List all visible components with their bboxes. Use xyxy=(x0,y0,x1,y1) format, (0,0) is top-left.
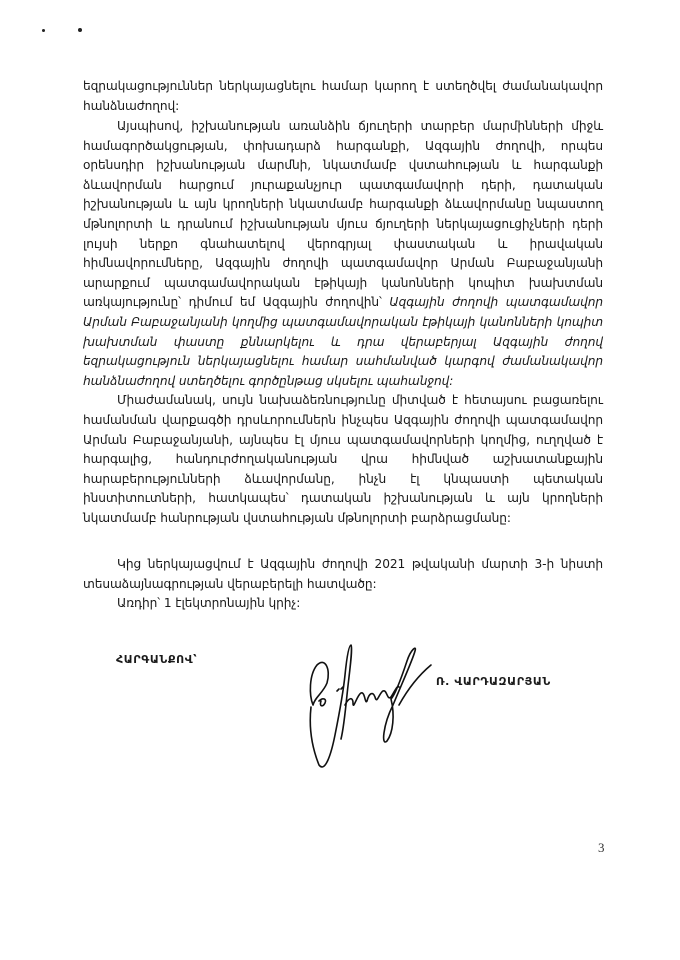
signatory-name: Ռ. ՎԱՐԴԱԶԱՐՅԱՆ xyxy=(436,675,551,688)
paragraph-2: Միաժամանակ, սույն նախաձեռնությունը միտվա… xyxy=(83,391,603,528)
closing-salutation: ՀԱՐԳԱՆՔՈՎ՝ xyxy=(116,653,197,666)
page-number: 3 xyxy=(598,840,605,856)
scan-speck xyxy=(78,28,82,32)
paragraph-1-normal: Այսպիսով, իշխանության առանձին ճյուղերի տ… xyxy=(83,119,603,309)
scan-speck xyxy=(42,29,45,32)
continuation-paragraph: եզրակացություններ ներկայացնելու համար կա… xyxy=(83,77,603,116)
attachment-count: Առդիր՝ 1 էլեկտրոնային կրիչ: xyxy=(83,594,603,614)
attachment-section: Կից ներկայացվում է Ազգային ժողովի 2021 թ… xyxy=(83,555,603,614)
paragraph-1: Այսպիսով, իշխանության առանձին ճյուղերի տ… xyxy=(83,117,603,391)
attachment-note: Կից ներկայացվում է Ազգային ժողովի 2021 թ… xyxy=(83,555,603,594)
continuation-text: եզրակացություններ ներկայացնելու համար կա… xyxy=(83,77,603,116)
handwritten-signature xyxy=(283,635,433,775)
document-page: եզրակացություններ ներկայացնելու համար կա… xyxy=(0,0,680,960)
body-section: Այսպիսով, իշխանության առանձին ճյուղերի տ… xyxy=(83,117,603,528)
